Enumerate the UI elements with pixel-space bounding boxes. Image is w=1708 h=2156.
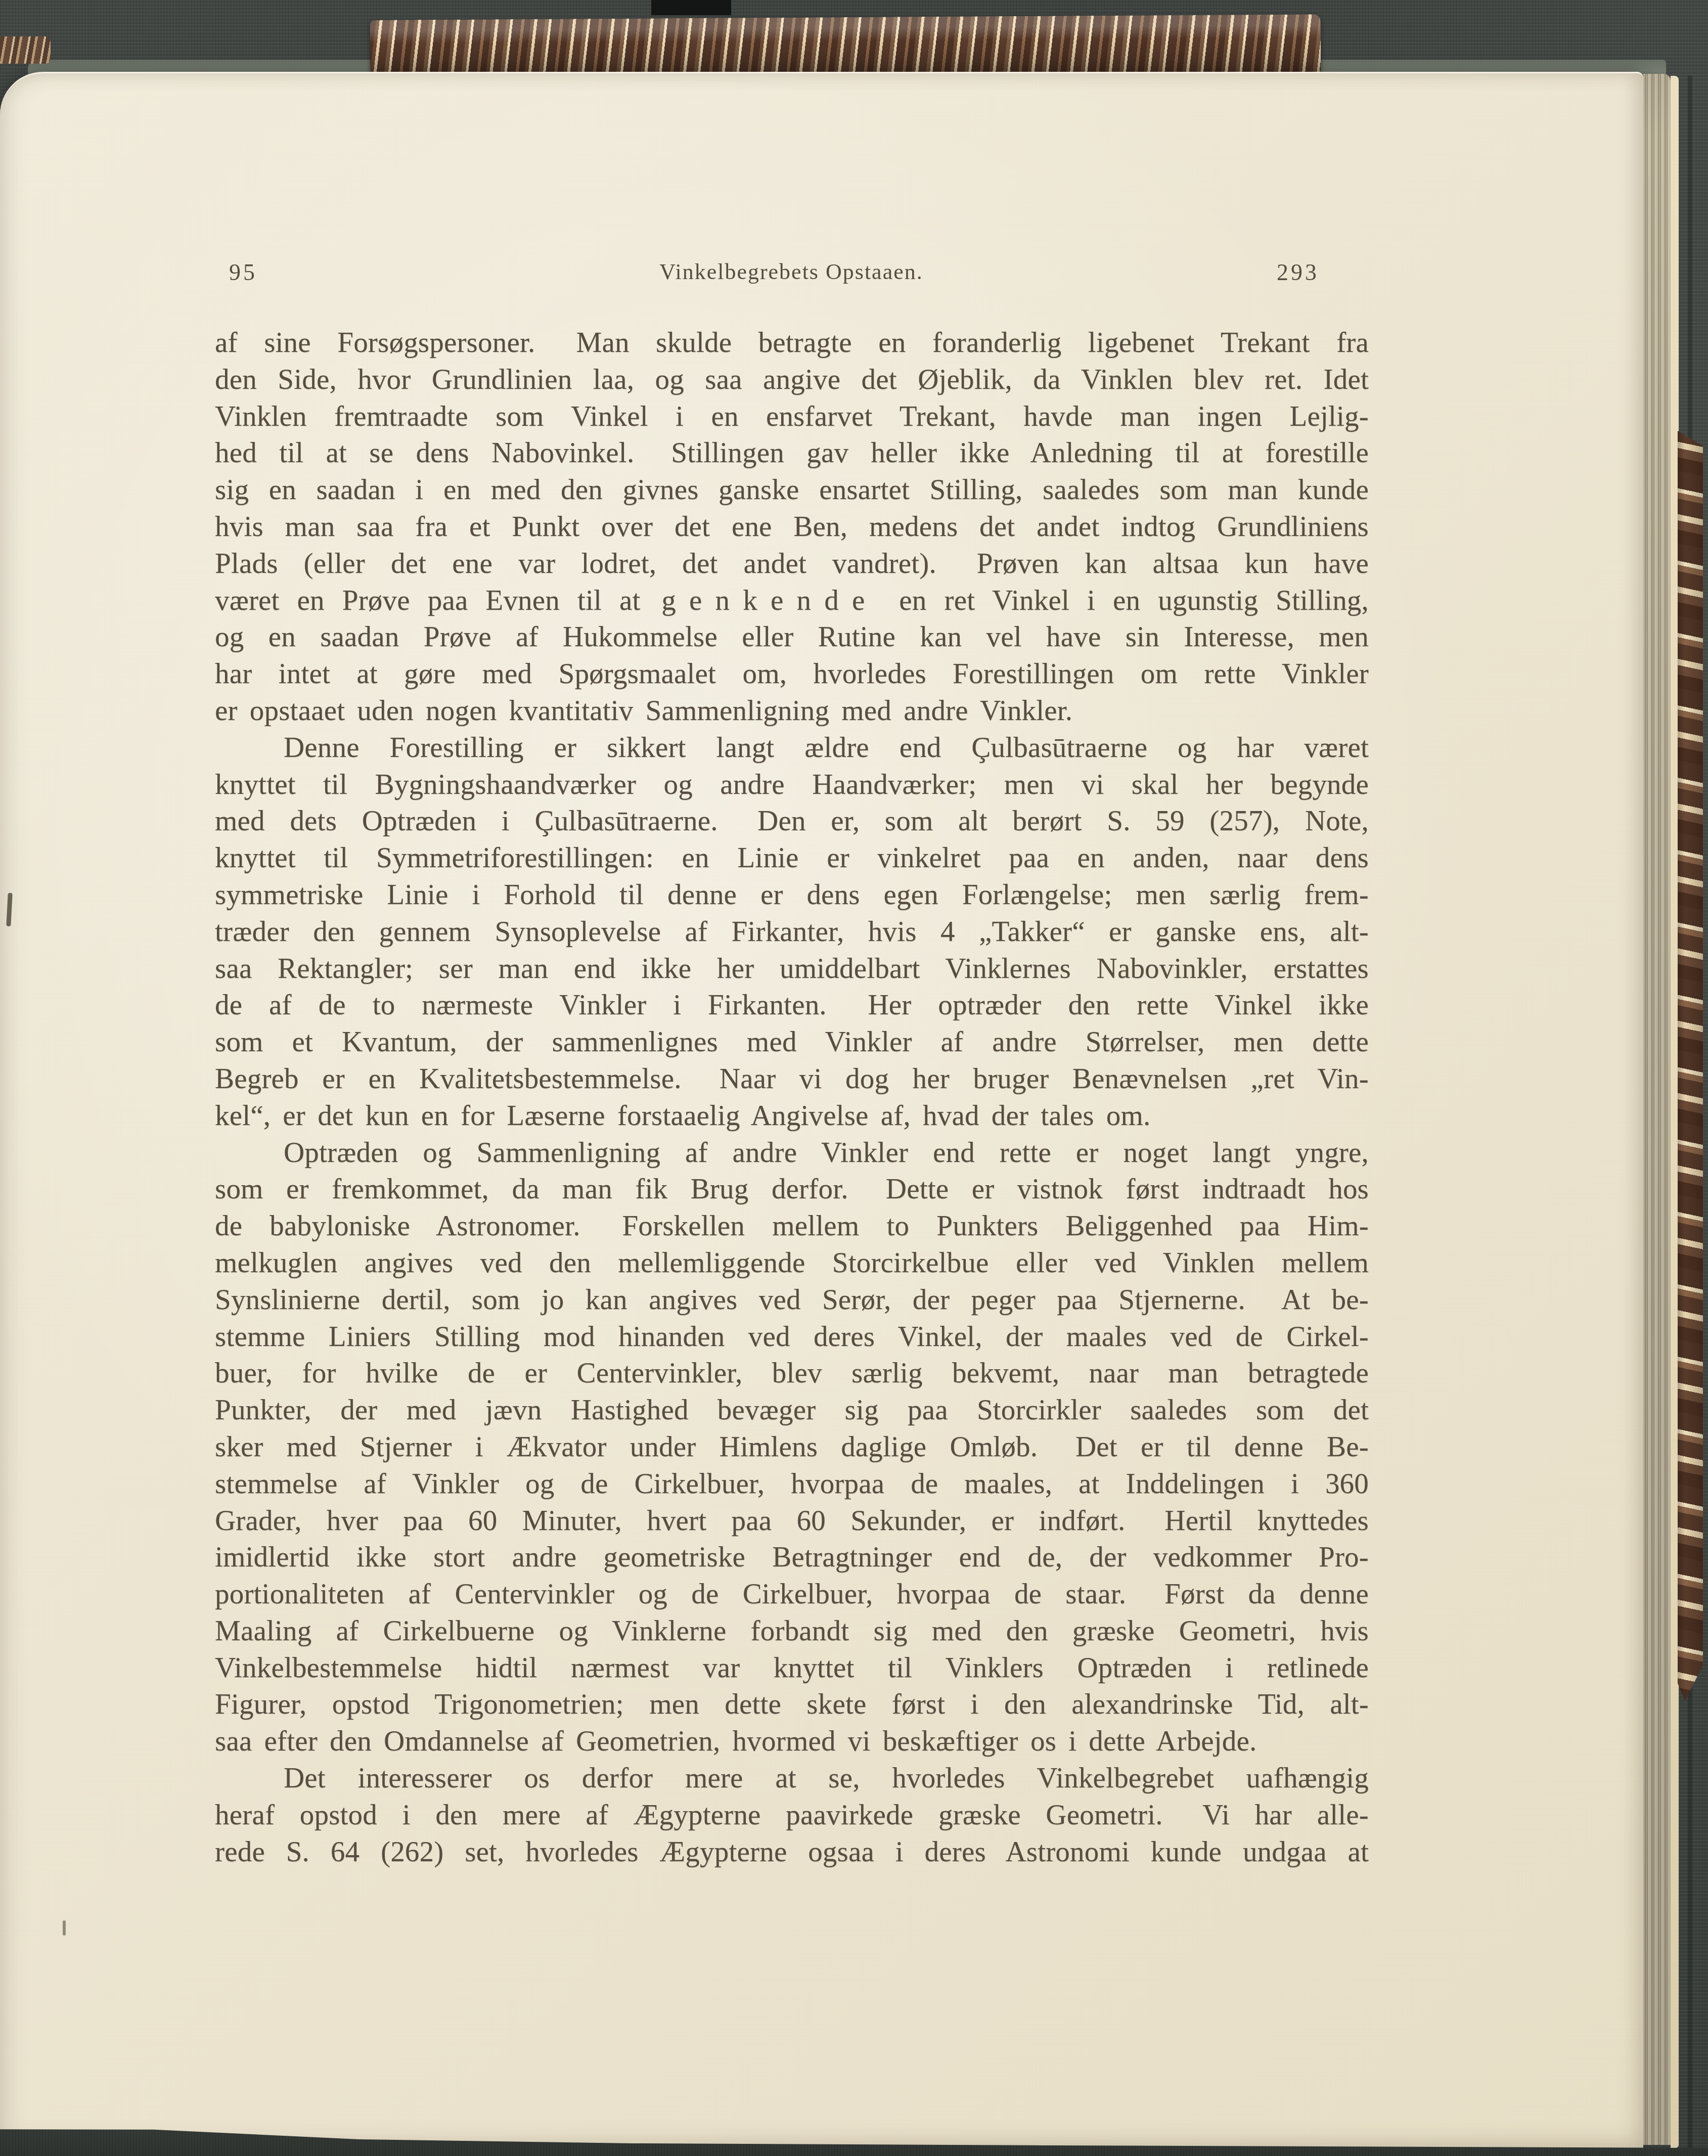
text-line: stemmelse af Vinkler og de Cirkelbuer, h… (215, 1466, 1369, 1503)
text-line: Vinkelbestemmelse hidtil nærmest var kny… (215, 1650, 1369, 1687)
text-line: melkuglen angives ved den mellemliggende… (215, 1245, 1369, 1282)
text-line: Denne Forestilling er sikkert langt ældr… (215, 730, 1369, 767)
text-line: Grader, hver paa 60 Minuter, hvert paa 6… (215, 1503, 1369, 1540)
text-line: imidlertid ikke stort andre geometriske … (215, 1539, 1369, 1576)
text-line: Synslinierne dertil, som jo kan angives … (215, 1282, 1369, 1319)
text-line: de babyloniske Astronomer. Forskellen me… (215, 1208, 1369, 1245)
text-line: af sine Forsøgspersoner. Man skulde betr… (215, 325, 1369, 362)
text-line: stemme Liniers Stilling mod hinanden ved… (215, 1319, 1369, 1356)
text-line: som et Kvantum, der sammenlignes med Vin… (215, 1024, 1369, 1061)
text-line: og en saadan Prøve af Hukommelse eller R… (215, 619, 1369, 656)
text-line: den Side, hvor Grundlinien laa, og saa a… (215, 362, 1369, 398)
text-line: træder den gennem Synsoplevelse af Firka… (215, 914, 1369, 951)
text-line: buer, for hvilke de er Centervinkler, bl… (215, 1355, 1369, 1392)
text-line: Begreb er en Kvalitetsbestemmelse. Naar … (215, 1061, 1369, 1098)
text-line: saa Rektangler; ser man end ikke her umi… (215, 951, 1369, 987)
cover-gap-notch (651, 0, 731, 15)
header-page-number-left: 95 (229, 259, 257, 286)
text-line: sker med Stjerner i Ækvator under Himlen… (215, 1429, 1369, 1466)
text-line: Figurer, opstod Trigonometrien; men dett… (215, 1686, 1369, 1723)
text-line: hvis man saa fra et Punkt over det ene B… (215, 509, 1369, 546)
text-line: rede S. 64 (262) set, hvorledes Ægyptern… (215, 1834, 1369, 1871)
text-line: de af de to nærmeste Vinkler i Firkanten… (215, 987, 1369, 1024)
text-line: hed til at se dens Nabovinkel. Stillinge… (215, 435, 1369, 472)
text-line: Optræden og Sammenligning af andre Vinkl… (215, 1135, 1369, 1172)
text-line: Plads (eller det ene var lodret, det and… (215, 546, 1369, 582)
text-line: med dets Optræden i Çulbasūtraerne. Den … (215, 803, 1369, 840)
text-line: er opstaaet uden nogen kvantitativ Samme… (215, 693, 1369, 730)
text-line: Punkter, der med jævn Hastighed bevæger … (215, 1392, 1369, 1429)
text-line: knyttet til Symmetriforestillingen: en L… (215, 840, 1369, 877)
text-line: som er fremkommet, da man fik Brug derfo… (215, 1171, 1369, 1208)
page-edge-stack (1643, 74, 1671, 2145)
right-marbled-edge (1678, 431, 1703, 1701)
text-line: har intet at gøre med Spørgsmaalet om, h… (215, 656, 1369, 693)
running-title: Vinkelbegrebets Opstaaen. (215, 259, 1368, 285)
body-text: af sine Forsøgspersoner. Man skulde betr… (215, 325, 1369, 1870)
page-header: 95 Vinkelbegrebets Opstaaen. 293 (215, 259, 1368, 287)
text-line: knyttet til Bygningshaandværker og andre… (215, 767, 1369, 803)
text-line: symmetriske Linie i Forhold til denne er… (215, 877, 1369, 914)
top-left-marbled-fragment (0, 36, 51, 64)
ink-mark (63, 1920, 66, 1936)
text-line: sig en saadan i en med den givnes ganske… (215, 472, 1369, 509)
header-page-number-right: 293 (1277, 259, 1319, 286)
text-line: Vinklen fremtraadte som Vinkel i en ensf… (215, 398, 1369, 435)
top-marbled-edge (370, 14, 1321, 78)
text-line: været en Prøve paa Evnen til at genkende… (215, 582, 1369, 619)
text-line: Maaling af Cirkelbuerne og Vinklerne for… (215, 1613, 1369, 1650)
underlying-page-sliver (1671, 76, 1679, 2148)
text-line: Det interesserer os derfor mere at se, h… (215, 1760, 1369, 1797)
letterspaced-emphasis: genkende (661, 585, 878, 616)
text-line: heraf opstod i den mere af Ægypterne paa… (215, 1797, 1369, 1834)
text-line: portionaliteten af Centervinkler og de C… (215, 1576, 1369, 1613)
book-scan: 95 Vinkelbegrebets Opstaaen. 293 af sine… (0, 0, 1708, 2156)
text-line: kel“, er det kun en for Læserne forstaae… (215, 1098, 1369, 1135)
text-line: saa efter den Omdannelse af Geometrien, … (215, 1723, 1369, 1760)
